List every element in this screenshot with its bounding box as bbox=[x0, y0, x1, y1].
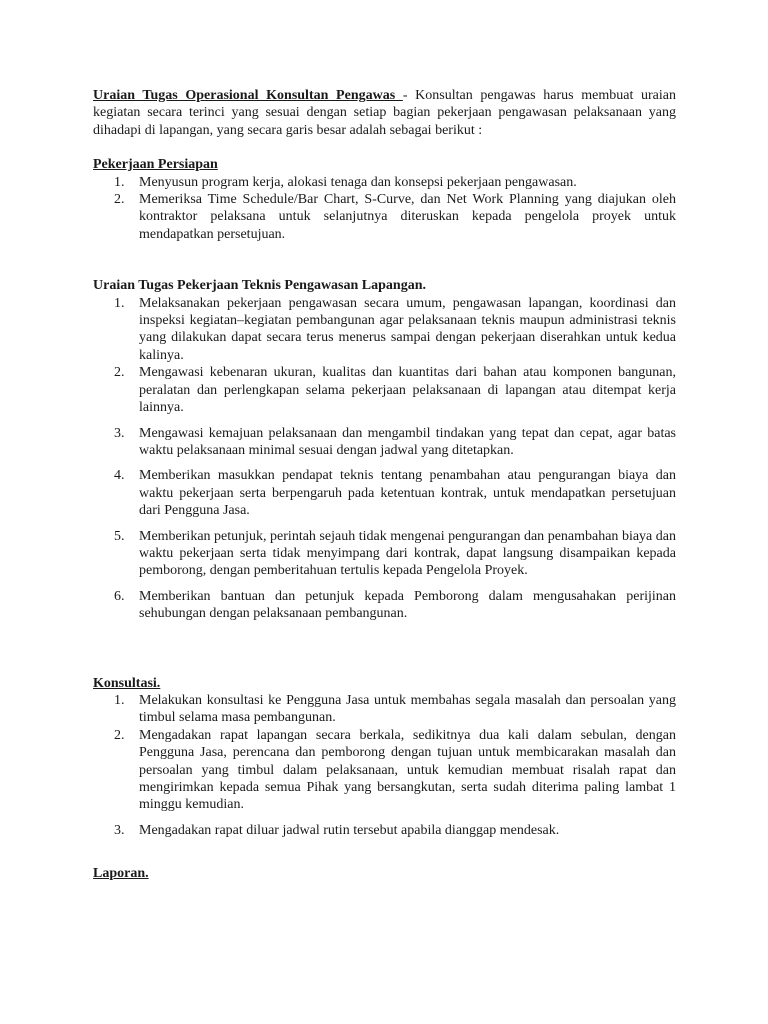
list-item: 1.Melaksanakan pekerjaan pengawasan seca… bbox=[93, 295, 676, 365]
list-item: 5.Memberikan petunjuk, perintah sejauh t… bbox=[93, 528, 676, 580]
list-teknis: 1.Melaksanakan pekerjaan pengawasan seca… bbox=[93, 295, 676, 623]
section-heading-persiapan: Pekerjaan Persiapan bbox=[93, 156, 676, 173]
list-item: 2.Memeriksa Time Schedule/Bar Chart, S-C… bbox=[93, 191, 676, 243]
list-item: 2.Mengadakan rapat lapangan secara berka… bbox=[93, 727, 676, 814]
intro-paragraph: Uraian Tugas Operasional Konsultan Penga… bbox=[93, 87, 676, 139]
list-item: 4.Memberikan masukkan pendapat teknis te… bbox=[93, 467, 676, 519]
section-heading-konsultasi: Konsultasi. bbox=[93, 675, 676, 692]
section-heading-laporan: Laporan. bbox=[93, 865, 676, 882]
list-item: 3.Mengawasi kemajuan pelaksanaan dan men… bbox=[93, 425, 676, 460]
list-konsultasi: 1.Melakukan konsultasi ke Pengguna Jasa … bbox=[93, 692, 676, 839]
document-page: Uraian Tugas Operasional Konsultan Penga… bbox=[93, 87, 676, 883]
list-item: 3.Mengadakan rapat diluar jadwal rutin t… bbox=[93, 822, 676, 839]
list-item: 6.Memberikan bantuan dan petunjuk kepada… bbox=[93, 588, 676, 623]
section-heading-teknis: Uraian Tugas Pekerjaan Teknis Pengawasan… bbox=[93, 277, 676, 294]
list-item: 2.Mengawasi kebenaran ukuran, kualitas d… bbox=[93, 364, 676, 416]
document-title: Uraian Tugas Operasional Konsultan Penga… bbox=[93, 88, 403, 103]
list-item: 1.Melakukan konsultasi ke Pengguna Jasa … bbox=[93, 692, 676, 727]
list-persiapan: 1.Menyusun program kerja, alokasi tenaga… bbox=[93, 174, 676, 244]
list-item: 1.Menyusun program kerja, alokasi tenaga… bbox=[93, 174, 676, 191]
